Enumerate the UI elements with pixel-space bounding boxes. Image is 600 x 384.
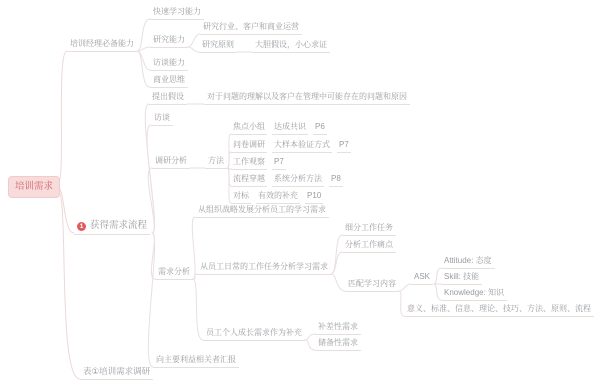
node-method[interactable]: 方法 [205, 155, 227, 169]
node-research-principle[interactable]: 研究原则 [199, 39, 237, 53]
node-ask[interactable]: ASK [411, 271, 433, 285]
node-acquire-process[interactable]: 1 获得需求流程 [74, 220, 150, 235]
node-interview[interactable]: 访谈 [151, 112, 173, 126]
node-needs-analysis[interactable]: 需求分析 [155, 266, 193, 280]
node-research-scope[interactable]: 研究行业、客户和商业运营 [200, 21, 302, 35]
node-root[interactable]: 培训需求 [8, 176, 60, 198]
node-hypothesis-detail[interactable]: 对于问题的理解以及客户在管理中可能存在的问题和原因 [204, 91, 410, 105]
node-reserve-needs[interactable]: 储备性需求 [315, 337, 361, 351]
node-benchmarking-page[interactable]: P10 [305, 190, 323, 204]
node-process-walkthrough-page[interactable]: P8 [329, 173, 343, 187]
node-capabilities[interactable]: 培训经理必备能力 [67, 38, 137, 52]
node-job-observation-page[interactable]: P7 [272, 156, 286, 170]
node-research-ability[interactable]: 研究能力 [150, 34, 188, 48]
node-questionnaire-page[interactable]: P7 [337, 139, 351, 153]
node-learning-elements[interactable]: 意义、标准、信息、理论、技巧、方法、原则、流程 [404, 303, 594, 317]
node-benchmarking[interactable]: 对标 [231, 190, 251, 204]
node-from-org-strategy[interactable]: 从组织战略发展分析员工的学习需求 [195, 204, 329, 218]
node-survey-analysis[interactable]: 调研分析 [152, 155, 190, 169]
node-focus-group-note[interactable]: 达成共识 [272, 121, 308, 135]
node-focus-group-page[interactable]: P6 [313, 121, 327, 135]
mindmap-canvas: 培训需求 培训经理必备能力 快速学习能力 研究能力 研究行业、客户和商业运营 研… [0, 0, 600, 384]
node-analyze-painpoints[interactable]: 分析工作痛点 [342, 239, 396, 253]
node-questionnaire[interactable]: 问卷调研 [231, 139, 267, 153]
method-row-questionnaire: 问卷调研 大样本验证方式 P7 [231, 139, 351, 153]
method-row-process-walkthrough: 流程穿越 系统分析方法 P8 [231, 173, 343, 187]
node-business-thinking[interactable]: 商业思维 [150, 74, 188, 88]
root-connectors [58, 51, 80, 379]
node-match-content[interactable]: 匹配学习内容 [345, 278, 399, 292]
node-process-walkthrough[interactable]: 流程穿越 [231, 173, 267, 187]
node-knowledge[interactable]: Knowledge: 知识 [441, 287, 507, 301]
node-personal-growth[interactable]: 员工个人成长需求作为补充 [203, 327, 305, 341]
node-acquire-process-label: 获得需求流程 [90, 220, 147, 232]
node-process-walkthrough-note[interactable]: 系统分析方法 [272, 173, 324, 187]
node-gap-needs[interactable]: 补差性需求 [315, 321, 361, 335]
node-benchmarking-note[interactable]: 有效的补充 [256, 190, 300, 204]
node-principle-detail[interactable]: 大胆假设，小心求证 [252, 39, 330, 53]
node-questionnaire-note[interactable]: 大样本验证方式 [272, 139, 332, 153]
node-subdivide-tasks[interactable]: 细分工作任务 [342, 222, 396, 236]
method-row-focus-group: 焦点小组 达成共识 P6 [231, 121, 327, 135]
node-attitude[interactable]: Attitude: 态度 [441, 255, 495, 269]
node-table-note[interactable]: 表①培训需求调研 [80, 366, 153, 380]
node-from-daily-tasks[interactable]: 从员工日常的工作任务分析学习需求 [197, 261, 331, 275]
node-report-stakeholders[interactable]: 向主要利益相关者汇报 [153, 354, 239, 368]
method-row-job-observation: 工作观察 P7 [231, 156, 286, 170]
node-fast-learning[interactable]: 快速学习能力 [150, 6, 204, 20]
node-job-observation[interactable]: 工作观察 [231, 156, 267, 170]
node-interview-skill[interactable]: 访谈能力 [150, 57, 188, 71]
priority-1-icon: 1 [77, 222, 86, 231]
node-skill[interactable]: Skill: 技能 [441, 271, 482, 285]
node-hypothesis[interactable]: 提出假设 [149, 91, 187, 105]
node-focus-group[interactable]: 焦点小组 [231, 121, 267, 135]
method-row-benchmarking: 对标 有效的补充 P10 [231, 190, 323, 204]
